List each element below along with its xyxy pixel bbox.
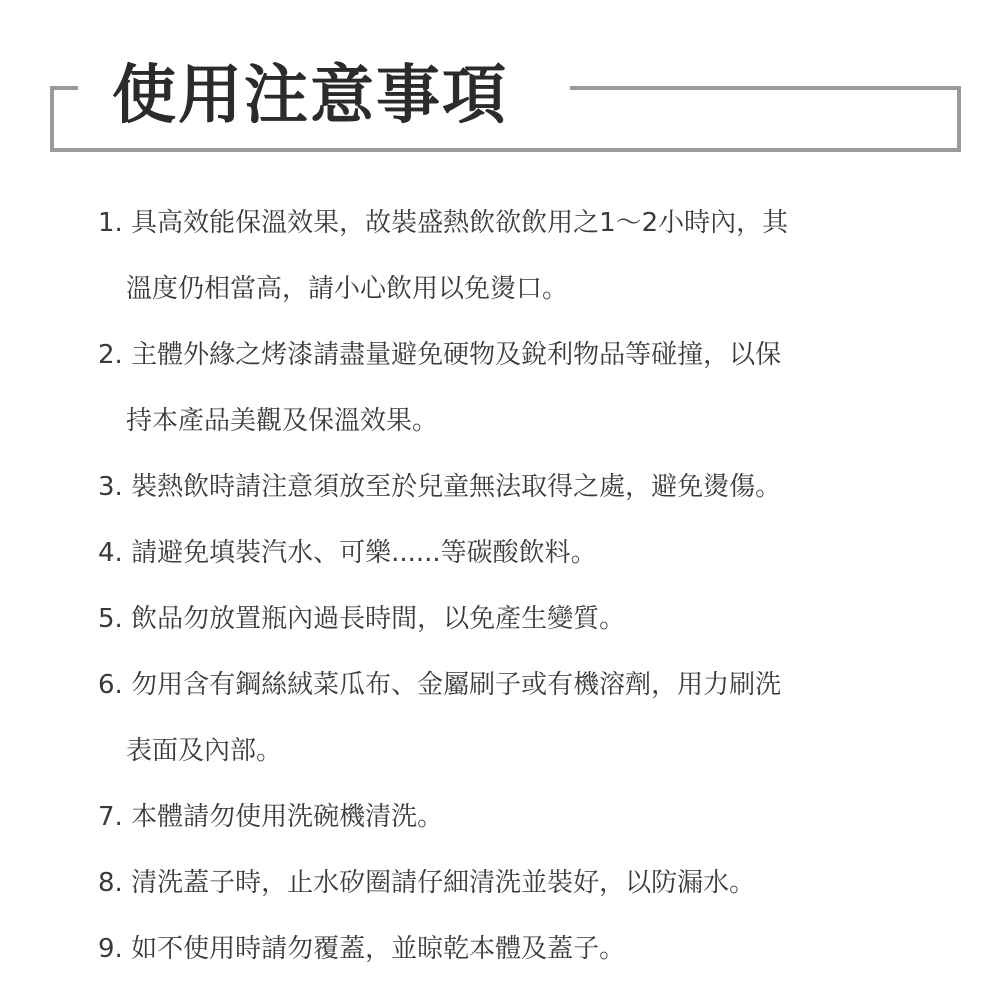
notice-list: 1. 具高效能保溫效果，故裝盛熱飲欲飲用之1～2小時內，其 溫度仍相當高，請小心… xyxy=(98,190,898,982)
list-item-6: 6. 勿用含有鋼絲絨菜瓜布、金屬刷子或有機溶劑，用力刷洗 表面及內部。 xyxy=(98,652,898,784)
list-item-4: 4. 請避免填裝汽水、可樂......等碳酸飲料。 xyxy=(98,520,898,586)
list-item-8: 8. 清洗蓋子時，止水矽圈請仔細清洗並裝好，以防漏水。 xyxy=(98,850,898,916)
item-number: 9. xyxy=(98,934,123,964)
list-item-9: 9. 如不使用時請勿覆蓋，並晾乾本體及蓋子。 xyxy=(98,916,898,982)
item-number: 1. xyxy=(98,208,123,238)
item-number: 6. xyxy=(98,670,123,700)
item-text: 清洗蓋子時，止水矽圈請仔細清洗並裝好，以防漏水。 xyxy=(131,868,755,898)
item-text: 飲品勿放置瓶內過長時間，以免產生變質。 xyxy=(131,604,625,634)
page-title: 使用注意事項 xyxy=(112,56,508,136)
list-item-7: 7. 本體請勿使用洗碗機清洗。 xyxy=(98,784,898,850)
list-item-3: 3. 裝熱飲時請注意須放至於兒童無法取得之處，避免燙傷。 xyxy=(98,454,898,520)
item-number: 3. xyxy=(98,472,123,502)
item-number: 4. xyxy=(98,538,123,568)
list-item-2: 2. 主體外緣之烤漆請盡量避免硬物及銳利物品等碰撞，以保 持本產品美觀及保溫效果… xyxy=(98,322,898,454)
item-text: 具高效能保溫效果，故裝盛熱飲欲飲用之1～2小時內，其 xyxy=(131,208,788,238)
item-text-continued: 表面及內部。 xyxy=(98,718,898,784)
item-text: 如不使用時請勿覆蓋，並晾乾本體及蓋子。 xyxy=(131,934,625,964)
list-item-5: 5. 飲品勿放置瓶內過長時間，以免產生變質。 xyxy=(98,586,898,652)
item-text: 勿用含有鋼絲絨菜瓜布、金屬刷子或有機溶劑，用力刷洗 xyxy=(131,670,781,700)
list-item-1: 1. 具高效能保溫效果，故裝盛熱飲欲飲用之1～2小時內，其 溫度仍相當高，請小心… xyxy=(98,190,898,322)
item-number: 5. xyxy=(98,604,123,634)
item-text: 請避免填裝汽水、可樂......等碳酸飲料。 xyxy=(131,538,597,568)
item-text: 裝熱飲時請注意須放至於兒童無法取得之處，避免燙傷。 xyxy=(131,472,781,502)
item-text-continued: 持本產品美觀及保溫效果。 xyxy=(98,388,898,454)
item-number: 2. xyxy=(98,340,123,370)
item-text: 本體請勿使用洗碗機清洗。 xyxy=(131,802,443,832)
item-text-continued: 溫度仍相當高，請小心飲用以免燙口。 xyxy=(98,256,898,322)
item-number: 8. xyxy=(98,868,123,898)
item-text: 主體外緣之烤漆請盡量避免硬物及銳利物品等碰撞，以保 xyxy=(131,340,781,370)
item-number: 7. xyxy=(98,802,123,832)
